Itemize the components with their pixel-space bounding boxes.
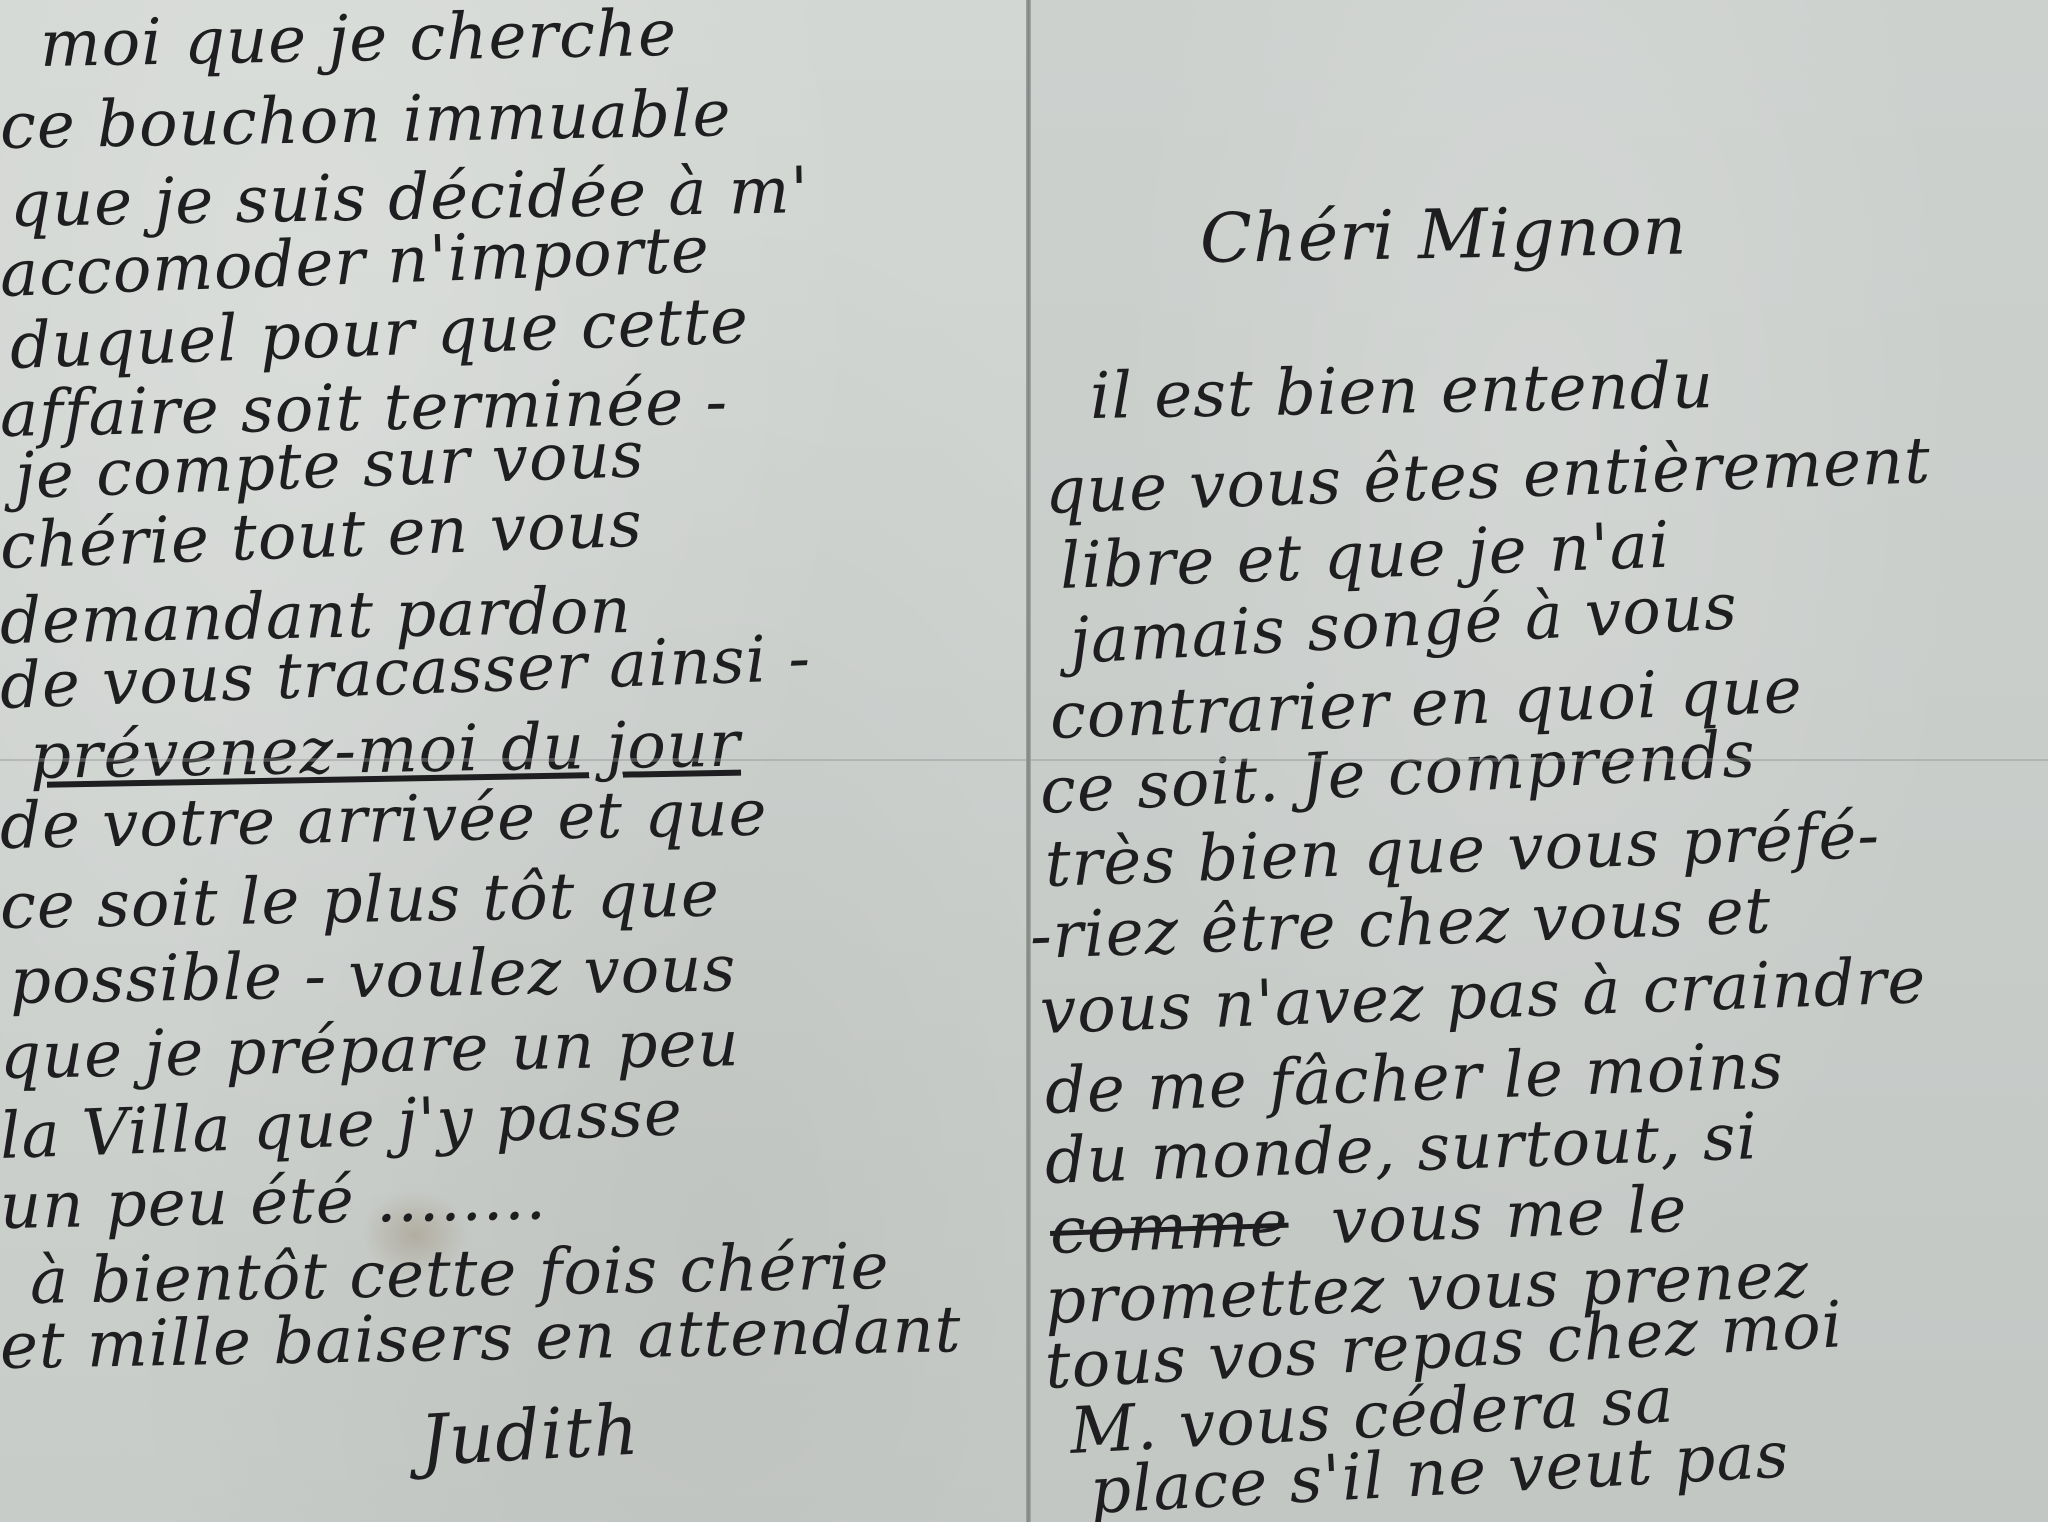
struck-word: comme [1049, 1187, 1290, 1269]
letter-line: il est bien entendu [1089, 349, 1714, 434]
letter-line: que vous êtes entièrement [1044, 424, 1932, 529]
page-fold-horizontal-left [0, 758, 1026, 762]
letter-line: possible - voulez vous [9, 932, 737, 1019]
letter-line: de votre arrivée et que [0, 777, 768, 864]
letter-line: ce bouchon immuable [0, 77, 732, 164]
letter-line: moi que je cherche [39, 0, 677, 82]
signature: Judith [418, 1389, 642, 1482]
page-fold-horizontal-right [1031, 758, 2048, 762]
greeting: Chéri Mignon [1199, 192, 1688, 279]
letter-line: un peu été ........ [0, 1160, 547, 1244]
letter-line: et mille baisers en attendant [0, 1293, 962, 1384]
letter-line: ce soit le plus tôt que [0, 857, 720, 944]
